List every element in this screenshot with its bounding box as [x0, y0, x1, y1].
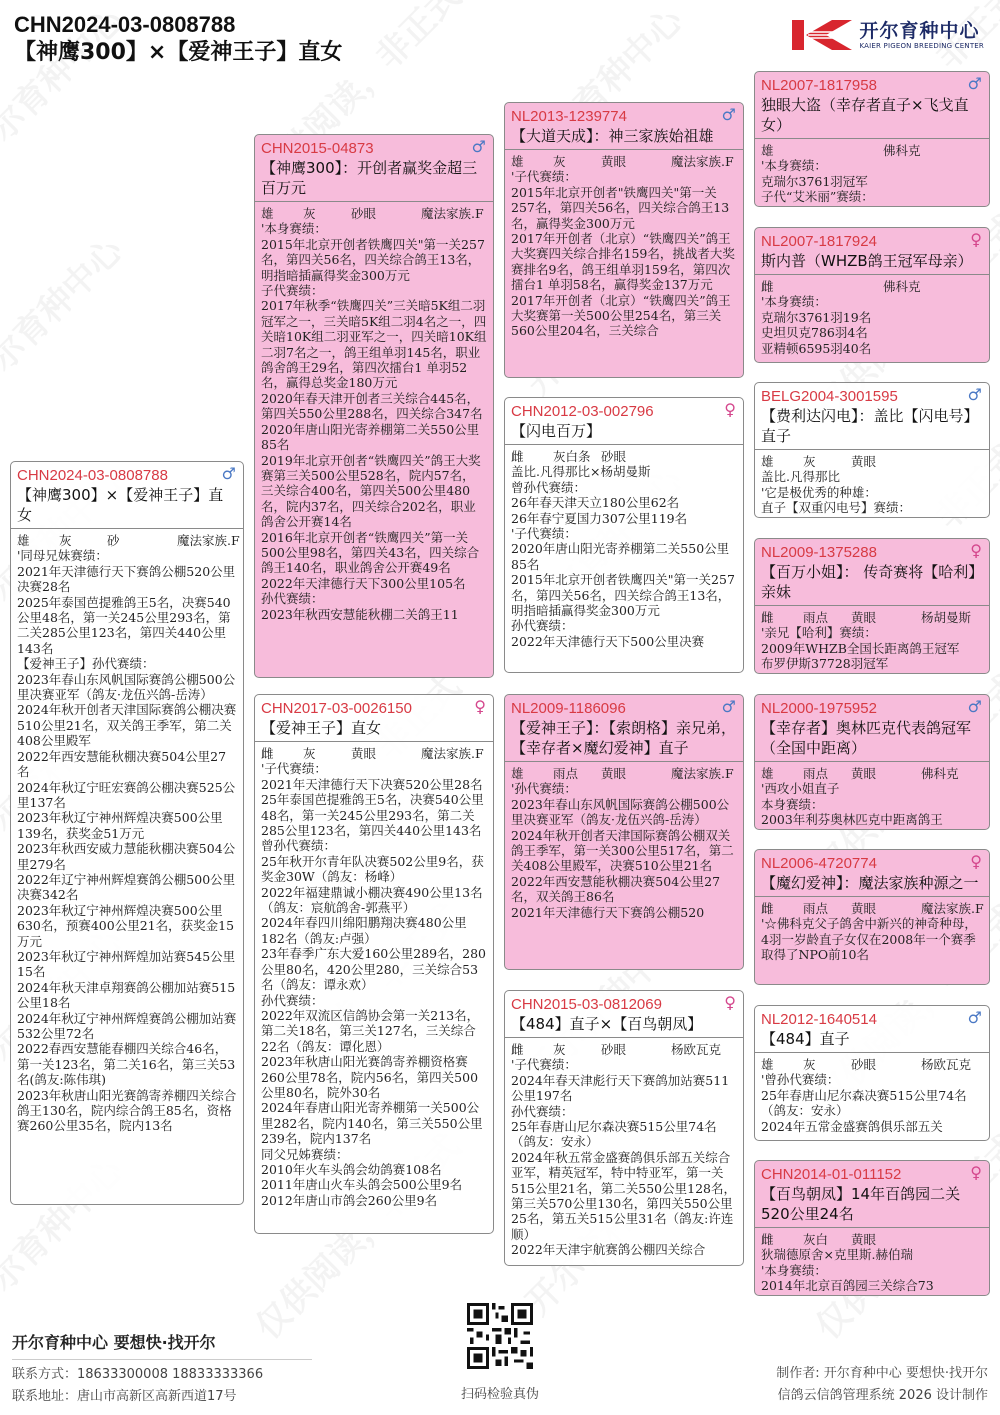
attribute: 雄 — [511, 154, 553, 169]
bird-attributes: 雄灰黄眼魔法家族.F — [511, 154, 737, 169]
record-line: 盖比.凡得那比 — [761, 469, 983, 484]
record-line: '西攻小姐直子 — [761, 781, 983, 796]
record-line: 2015年北京开创者"铁鹰四关"第一关257名，第四关56名，四关综合鸽王13名… — [511, 185, 737, 231]
card-dam[interactable]: CHN2017-03-0026150♀【爱神王子】直女雌灰黄眼魔法家族.F'子代… — [254, 694, 494, 1234]
record-line: 26年春宁夏国力307公里119名 — [511, 511, 737, 526]
bird-title: 【神鹰300】×【爱神王子】直女 — [17, 485, 237, 525]
attribute: 雄 — [761, 766, 803, 781]
card-sire-sire[interactable]: NL2013-1239774♂【大道天成】：神三家族始祖雄雄灰黄眼魔法家族.F'… — [504, 102, 744, 378]
footer-contact: 开尔育种中心 要想快·找开尔 联系方式：18633300008 18833333… — [12, 1330, 312, 1408]
bird-title: 【百万小姐】： 传奇赛将【哈利】亲妹 — [761, 562, 983, 602]
record-line: 2023年春山东风帆国际赛鸽公棚500公里决赛亚军（鸽友·龙伍兴鸽-岳涛） — [17, 672, 237, 703]
bird-title: 【魔幻爱神】：魔法家族种源之一 — [761, 873, 983, 893]
male-icon: ♂ — [968, 385, 982, 404]
attribute: 雨点 — [553, 766, 601, 781]
record-line: 史坦贝克786羽4名 — [761, 325, 983, 340]
bird-title: 【爱神王子】：【索朗格】亲兄弟，【幸存者×魔幻爱神】直子 — [511, 718, 737, 758]
record-line: 2020年唐山阳光寄养棚第二关550公里85名 — [511, 541, 737, 572]
female-icon: ♀ — [724, 993, 736, 1012]
record-line: 2024年秋开创者天津国际赛鸽公棚双关鸽王季军，第一关300公里517名，第二关… — [511, 828, 737, 874]
record-line: '本身赛绩： — [261, 221, 487, 236]
bird-attributes: 雌雨点黄眼杨胡曼斯 — [761, 610, 983, 625]
attribute: 黄眼 — [601, 154, 671, 169]
card-body: 雌灰黄眼魔法家族.F'子代赛绩：2021年天津德行天下决赛520公里28名25年… — [255, 742, 493, 1212]
card-body: 雌佛科克'本身赛绩：克瑞尔3761羽19名史坦贝克786羽4名亚精顿6595羽4… — [755, 275, 989, 360]
record-line: 布罗伊斯37728羽冠军 — [761, 656, 983, 671]
record-line: 2003年利芬奥林匹克中距离鸽王 — [761, 812, 983, 827]
attribute: 魔法家族.F — [921, 901, 990, 916]
card-header: CHN2014-01-011152♀【百鸟朝凤】14年百鸽园二关520公里24名 — [755, 1161, 989, 1228]
record-line: 子代赛绩： — [261, 283, 487, 298]
bird-attributes: 雄雨点黄眼佛科克 — [761, 766, 983, 781]
card-header: NL2012-1640514♂【484】直子 — [755, 1006, 989, 1053]
record-line: '本身赛绩： — [761, 1263, 983, 1278]
footer-phone: 联系方式：18633300008 18833333366 — [12, 1364, 312, 1386]
record-line: 2022年西安慧能秋棚决赛504公里27名，双关鸽王86名 — [511, 874, 737, 905]
record-line: 2020年唐山阳光寄养棚第二关550公里85名 — [261, 422, 487, 453]
record-line: '本身赛绩： — [761, 158, 983, 173]
record-line: 本身赛绩： — [761, 797, 983, 812]
attribute: 雌 — [261, 746, 303, 761]
ring-number: CHN2015-04873 — [261, 139, 487, 158]
record-line: '本身赛绩： — [761, 294, 983, 309]
bird-title: 【484】直子 — [761, 1029, 983, 1049]
male-icon: ♂ — [968, 1008, 982, 1027]
record-line: 2019年北京开创者“铁鹰四关”鸽王大奖赛第三关500公里528名，院内57名，… — [261, 453, 487, 530]
record-line: 2023年秋唐山阳光赛鸽寄养棚资格赛260公里78名，院内56名，第四关500公… — [261, 1054, 487, 1100]
attribute: 砂眼 — [351, 206, 421, 221]
record-line: 亚精顿6595羽40名 — [761, 341, 983, 356]
record-line: 2022年天津德行天下500公里决赛 — [511, 634, 737, 649]
attribute: 黄眼 — [851, 901, 921, 916]
record-line: 2017年秋季“铁鹰四关”三关暗5K组二羽冠军之一，三关暗5K组二羽4名之一，四… — [261, 298, 487, 390]
record-line: '子代赛绩： — [511, 526, 737, 541]
card-body: 雄灰砂眼魔法家族.F'本身赛绩：2015年北京开创者铁鹰四关"第一关257名，第… — [255, 202, 493, 626]
kaier-logo-icon — [792, 16, 854, 54]
ring-number: CHN2012-03-002796 — [511, 402, 737, 421]
male-icon: ♂ — [222, 464, 236, 483]
attribute: 雨点 — [803, 766, 851, 781]
attribute: 杨欧瓦克 — [671, 1042, 744, 1057]
record-line: 2023年春山东风帆国际赛鸽公棚500公里决赛亚军（鸽友·龙伍兴鸽-岳涛） — [511, 797, 737, 828]
card-dsd[interactable]: NL2006-4720774♀【魔幻爱神】：魔法家族种源之一雌雨点黄眼魔法家族.… — [754, 849, 990, 985]
attribute: 魔法家族.F — [421, 746, 494, 761]
record-line: 盖比.凡得那比×杨胡曼斯 — [511, 464, 737, 479]
record-line: '子代赛绩： — [511, 1057, 737, 1072]
record-line: 2024年秋五常金盛赛鸽俱乐部五关综合亚军，精英冠军，特中特亚军，第一关515公… — [511, 1150, 737, 1242]
footer-address: 联系地址：唐山市高新区高新西道17号 — [12, 1386, 312, 1408]
male-icon: ♂ — [968, 74, 982, 93]
card-dss[interactable]: NL2000-1975952♂【幸存者】奥林匹克代表鸽冠军（全国中距离）雄雨点黄… — [754, 694, 990, 830]
attribute: 灰 — [303, 206, 351, 221]
record-line: 2024年春天津彪行天下赛鸽加站赛511公里197名 — [511, 1073, 737, 1104]
attribute: 雄 — [761, 1057, 803, 1072]
record-line: 孙代赛绩： — [511, 618, 737, 633]
attribute — [803, 143, 883, 158]
record-line: 25年春唐山尼尔森决赛515公里74名（鸽友：安永） — [761, 1088, 983, 1119]
ring-number: BELG2004-3001595 — [761, 387, 983, 406]
record-line: 2014年北京百鸽园三关综合73 — [761, 1278, 983, 1293]
card-header: BELG2004-3001595♂【费利达闪电】：盖比【闪电号】直子 — [755, 383, 989, 450]
attribute: 雌 — [511, 449, 553, 464]
male-icon: ♂ — [968, 697, 982, 716]
bird-attributes: 雌雨点黄眼魔法家族.F — [761, 901, 983, 916]
record-line: 2025年泰国芭提雅鸽王5名，决赛540公里48名，第一关245公里293名，第… — [17, 595, 237, 657]
bird-title: 斯内普（WHZB鸽王冠军母亲） — [761, 251, 983, 271]
card-header: NL2007-1817958♂独眼大盗（幸存者直子×飞戈直女） — [755, 72, 989, 139]
attribute: 砂 — [107, 533, 177, 548]
male-icon: ♂ — [722, 697, 736, 716]
record-line: '亲兄【哈利】赛绩： — [761, 625, 983, 640]
attribute: 雌 — [511, 1042, 553, 1057]
record-line: 克瑞尔3761羽19名 — [761, 310, 983, 325]
bird-attributes: 雌灰砂眼杨欧瓦克 — [511, 1042, 737, 1057]
attribute: 黄眼 — [851, 610, 921, 625]
bird-title: 【484】直子×【百鸟朝凤】 — [511, 1014, 737, 1034]
record-line: 2021年天津德行天下赛鸽公棚520公里决赛28名 — [17, 564, 237, 595]
record-line: 25年秋开尔青年队决赛502公里9名，获奖金30W（鸽友：杨峰） — [261, 854, 487, 885]
female-icon: ♀ — [970, 230, 982, 249]
card-header: CHN2015-03-0812069♀【484】直子×【百鸟朝凤】 — [505, 991, 743, 1038]
record-line: 2024年秋天津卓翔赛鸽公棚加站赛515公里18名 — [17, 980, 237, 1011]
male-icon: ♂ — [722, 105, 736, 124]
card-header: NL2013-1239774♂【大道天成】：神三家族始祖雄 — [505, 103, 743, 150]
female-icon: ♀ — [724, 400, 736, 419]
attribute: 雌 — [761, 901, 803, 916]
record-line: '它是极优秀的种雄： — [761, 485, 983, 500]
page-title: 【神鹰300】×【爱神王子】直女 — [14, 38, 342, 68]
card-header: CHN2024-03-0808788♂【神鹰300】×【爱神王子】直女 — [11, 462, 243, 529]
qr-label: 扫码检验真伪 — [453, 1383, 547, 1402]
card-sdd[interactable]: NL2009-1375288♀【百万小姐】： 传奇赛将【哈利】亲妹雌雨点黄眼杨胡… — [754, 538, 990, 674]
verify-qr[interactable]: 扫码检验真伪 — [467, 1303, 533, 1402]
record-line: 【爱神王子】孙代赛绩： — [17, 656, 237, 671]
ring-number: NL2012-1640514 — [761, 1010, 983, 1029]
bird-title: 【百鸟朝凤】14年百鸽园二关520公里24名 — [761, 1184, 983, 1224]
bird-title: 独眼大盗（幸存者直子×飞戈直女） — [761, 95, 983, 135]
record-line: 2022年天津德行天下300公里105名 — [261, 576, 487, 591]
footer-credits: 制作者: 开尔育种中心 要想快·找开尔 信鸽云信鸽管理系统 2026 设计制作 — [776, 1363, 988, 1407]
record-line: 2023年秋西安慧能秋棚二关鸽王11 — [261, 607, 487, 622]
bird-attributes: 雌灰白条砂眼 — [511, 449, 737, 464]
bird-title: 【大道天成】：神三家族始祖雄 — [511, 126, 737, 146]
female-icon: ♀ — [474, 697, 486, 716]
card-header: CHN2017-03-0026150♀【爱神王子】直女 — [255, 695, 493, 742]
record-line: 2024年秋辽宁旺宏赛鸽公棚决赛525公里137名 — [17, 780, 237, 811]
record-line: 2024年春四川绵阳鹏翔决赛480公里182名（鸽友:卢强） — [261, 915, 487, 946]
card-header: NL2009-1186096♂【爱神王子】：【索朗格】亲兄弟，【幸存者×魔幻爱神… — [505, 695, 743, 762]
attribute: 魔法家族.F — [671, 154, 744, 169]
attribute: 灰白 — [803, 1232, 851, 1247]
female-icon: ♀ — [970, 852, 982, 871]
qr-code-icon[interactable] — [467, 1303, 533, 1369]
record-line: 2023年秋唐山阳光赛鸽寄养棚四关综合鸽王130名，院内综合鸽王85名，资格赛2… — [17, 1088, 237, 1134]
card-body: 雌灰白条砂眼盖比.凡得那比×杨胡曼斯曾孙代赛绩：26年春天津天立180公里62名… — [505, 445, 743, 653]
record-line: 狄瑞德原舍×克里斯.赫伯瑞 — [761, 1247, 983, 1262]
record-line: '曾孙代赛绩： — [761, 1072, 983, 1087]
attribute: 黄眼 — [851, 454, 921, 469]
card-sire-dam[interactable]: CHN2012-03-002796♀【闪电百万】雌灰白条砂眼盖比.凡得那比×杨胡… — [504, 397, 744, 673]
record-line: 2009年WHZB全国长距离鸽王冠军 — [761, 641, 983, 656]
attribute: 灰 — [303, 746, 351, 761]
attribute: 黄眼 — [601, 766, 671, 781]
record-line: 2015年北京开创者铁鹰四关"第一关257名，第四关56名，四关综合鸽王13名，… — [511, 572, 737, 618]
bird-attributes: 雌灰黄眼魔法家族.F — [261, 746, 487, 761]
attribute: 砂眼 — [851, 1057, 921, 1072]
ring-number: NL2007-1817958 — [761, 76, 983, 95]
card-body: 雌灰砂眼杨欧瓦克'子代赛绩：2024年春天津彪行天下赛鸽加站赛511公里197名… — [505, 1038, 743, 1262]
attribute: 灰 — [803, 454, 851, 469]
card-body: 雄灰黄眼魔法家族.F'子代赛绩：2015年北京开创者"铁鹰四关"第一关257名，… — [505, 150, 743, 343]
bird-attributes: 雄灰砂眼魔法家族.F — [261, 206, 487, 221]
card-header: NL2006-4720774♀【魔幻爱神】：魔法家族种源之一 — [755, 850, 989, 897]
record-line: 2010年火车头鸽会幼鸽赛108名 — [261, 1162, 487, 1177]
attribute: 雄 — [761, 143, 803, 158]
footer-slogan: 开尔育种中心 要想快·找开尔 — [12, 1330, 312, 1360]
card-dds[interactable]: NL2012-1640514♂【484】直子雄灰砂眼杨欧瓦克'曾孙代赛绩：25年… — [754, 1005, 990, 1141]
record-line: 2016年北京开创者“铁鹰四关”第一关500公里98名，第四关43名，四关综合鸽… — [261, 530, 487, 576]
ring-number: CHN2017-03-0026150 — [261, 699, 487, 718]
card-ddd[interactable]: CHN2014-01-011152♀【百鸟朝凤】14年百鸽园二关520公里24名… — [754, 1160, 990, 1296]
bird-title: 【神鹰300】：开创者赢奖金超三百万元 — [261, 158, 487, 198]
attribute: 黄眼 — [851, 1232, 921, 1247]
watermark-text: 开尔育种中心 — [0, 225, 131, 404]
card-ssd[interactable]: NL2007-1817924♀斯内普（WHZB鸽王冠军母亲）雌佛科克'本身赛绩：… — [754, 227, 990, 363]
record-line: 2022年西安慧能秋棚决赛504公里27名 — [17, 749, 237, 780]
record-line: 2023年秋辽宁神州辉煌决赛500公里630名，预赛400公里21名，获奖金15… — [17, 903, 237, 949]
record-line: 克瑞尔3761羽冠军 — [761, 174, 983, 189]
record-line: '子代赛绩： — [511, 169, 737, 184]
attribute: 雌 — [761, 279, 803, 294]
page-ring-number: CHN2024-03-0808788 — [14, 12, 342, 38]
card-body: 雄灰砂眼杨欧瓦克'曾孙代赛绩：25年春唐山尼尔森决赛515公里74名（鸽友：安永… — [755, 1053, 989, 1138]
record-line: 曾孙代赛绩： — [261, 838, 487, 853]
record-line: 25年泰国芭提雅鸽王5名，决赛540公里48名，第一关245公里293名，第二关… — [261, 792, 487, 838]
attribute: 雄 — [261, 206, 303, 221]
card-sds[interactable]: BELG2004-3001595♂【费利达闪电】：盖比【闪电号】直子雄灰黄眼盖比… — [754, 382, 990, 518]
record-line: 2022年福建鼎诚小棚决赛490公里13名（鸽友：宸航鸽舍-郭燕平） — [261, 885, 487, 916]
record-line: 2022年辽宁神州辉煌赛鸽公棚500公里决赛342名 — [17, 872, 237, 903]
card-sss[interactable]: NL2007-1817958♂独眼大盗（幸存者直子×飞戈直女）雄佛科克'本身赛绩… — [754, 71, 990, 207]
record-line: 直子【双重闪电号】赛绩： — [761, 500, 983, 515]
attribute: 黄眼 — [851, 766, 921, 781]
record-line: 2017年开创者（北京）“铁鹰四关”鸽王大奖赛第一关500公里254名，第三关5… — [511, 293, 737, 339]
attribute: 雌 — [761, 1232, 803, 1247]
record-line: 2017年开创者（北京）“铁鹰四关”鸽王大奖赛四关综合排名159名，挑战者大奖赛… — [511, 231, 737, 293]
brand-logo: 开尔育种中心 KAIER PIGEON BREEDING CENTER — [792, 16, 985, 54]
ring-number: NL2013-1239774 — [511, 107, 737, 126]
record-line: 2022年天津宇航赛鸽公棚四关综合 — [511, 1242, 737, 1257]
ring-number: CHN2015-03-0812069 — [511, 995, 737, 1014]
card-header: CHN2015-04873♂【神鹰300】：开创者赢奖金超三百万元 — [255, 135, 493, 202]
record-line: 2022年双流区信鸽协会第一关213名，第二关18名，第三关127名，三关综合2… — [261, 1008, 487, 1054]
attribute: 灰 — [59, 533, 107, 548]
card-body: 雄雨点黄眼佛科克'西攻小姐直子本身赛绩：2003年利芬奥林匹克中距离鸽王 — [755, 762, 989, 830]
record-line: 2021年天津德行天下赛鸽公棚520 — [511, 905, 737, 920]
attribute: 雄 — [511, 766, 553, 781]
bird-attributes: 雄佛科克 — [761, 143, 983, 158]
attribute: 灰 — [553, 154, 601, 169]
attribute: 砂眼 — [601, 449, 671, 464]
bird-attributes: 雄灰黄眼 — [761, 454, 983, 469]
bird-title: 【幸存者】奥林匹克代表鸽冠军（全国中距离） — [761, 718, 983, 758]
bird-attributes: 雄灰砂魔法家族.F — [17, 533, 237, 548]
attribute — [803, 279, 883, 294]
ring-number: CHN2024-03-0808788 — [17, 466, 237, 485]
record-line: 2024年春唐山阳光寄养棚第一关500公里282名，院内140名，第三关550公… — [261, 1100, 487, 1146]
attribute: 杨胡曼斯 — [921, 610, 990, 625]
record-line: '☆佛科克父子鸽舍中新兴的神奇种母， 4羽一岁龄直子女仅在2008年一个赛季取得… — [761, 916, 983, 962]
card-body: 雌雨点黄眼魔法家族.F'☆佛科克父子鸽舍中新兴的神奇种母， 4羽一岁龄直子女仅在… — [755, 897, 989, 967]
attribute: 佛科克 — [921, 766, 990, 781]
record-line: 孙代赛绩： — [261, 591, 487, 606]
card-body: 雌灰白黄眼狄瑞德原舍×克里斯.赫伯瑞'本身赛绩：2014年北京百鸽园三关综合73 — [755, 1228, 989, 1296]
attribute: 灰 — [553, 1042, 601, 1057]
record-line: 2024年秋辽宁神州辉煌赛鸽公棚加站赛532公里72名 — [17, 1011, 237, 1042]
card-body: 雄灰黄眼盖比.凡得那比'它是极优秀的种雄：直子【双重闪电号】赛绩： — [755, 450, 989, 518]
ring-number: NL2007-1817924 — [761, 232, 983, 251]
record-line: 2015年北京开创者铁鹰四关"第一关257名，第四关56名，四关综合鸽王13名，… — [261, 237, 487, 283]
ring-number: NL2009-1186096 — [511, 699, 737, 718]
ring-number: NL2006-4720774 — [761, 854, 983, 873]
record-line: 2023年秋辽宁神州辉煌加站赛545公里15名 — [17, 949, 237, 980]
attribute: 黄眼 — [351, 746, 421, 761]
record-line: 同父兄姊赛绩： — [261, 1147, 487, 1162]
record-line: 子代“艾米丽”赛绩： — [761, 189, 983, 204]
card-body: 雄灰砂魔法家族.F'同母兄妹赛绩：2021年天津德行天下赛鸽公棚520公里决赛2… — [11, 529, 243, 1138]
record-line: 2022春西安慧能春棚四关综合46名，第一关123名，第二关16名，第三关53名… — [17, 1041, 237, 1087]
attribute: 雨点 — [803, 610, 851, 625]
attribute: 雌 — [761, 610, 803, 625]
ring-number: CHN2014-01-011152 — [761, 1165, 983, 1184]
record-line: 2023年秋西安威力慧能秋棚决赛504公里279名 — [17, 841, 237, 872]
attribute: 砂眼 — [601, 1042, 671, 1057]
card-dam-sire[interactable]: NL2009-1186096♂【爱神王子】：【索朗格】亲兄弟，【幸存者×魔幻爱神… — [504, 694, 744, 970]
card-body: 雄佛科克'本身赛绩：克瑞尔3761羽冠军子代“艾米丽”赛绩： — [755, 139, 989, 207]
attribute: 魔法家族.F — [671, 766, 744, 781]
footer-system: 信鸽云信鸽管理系统 2026 设计制作 — [776, 1385, 988, 1407]
bird-attributes: 雄灰砂眼杨欧瓦克 — [761, 1057, 983, 1072]
card-header: NL2009-1375288♀【百万小姐】： 传奇赛将【哈利】亲妹 — [755, 539, 989, 606]
card-dam-dam[interactable]: CHN2015-03-0812069♀【484】直子×【百鸟朝凤】雌灰砂眼杨欧瓦… — [504, 990, 744, 1266]
bird-title: 【闪电百万】 — [511, 421, 737, 441]
ring-number: NL2009-1375288 — [761, 543, 983, 562]
female-icon: ♀ — [970, 541, 982, 560]
bird-title: 【费利达闪电】：盖比【闪电号】直子 — [761, 406, 983, 446]
attribute: 佛科克 — [883, 143, 953, 158]
record-line: 25年春唐山尼尔森决赛515公里74名（鸽友：安永） — [511, 1119, 737, 1150]
bird-attributes: 雄雨点黄眼魔法家族.F — [511, 766, 737, 781]
male-icon: ♂ — [472, 137, 486, 156]
attribute: 灰白条 — [553, 449, 601, 464]
record-line: 2021年天津德行天下决赛520公里28名 — [261, 777, 487, 792]
bird-attributes: 雌佛科克 — [761, 279, 983, 294]
record-line: 2011年唐山火车头鸽会500公里9名 — [261, 1177, 487, 1192]
card-header: CHN2012-03-002796♀【闪电百万】 — [505, 398, 743, 445]
record-line: 2020年春天津开创者三关综合445名，第四关550公里288名，四关综合347… — [261, 391, 487, 422]
record-line: '同母兄妹赛绩： — [17, 548, 237, 563]
record-line: 2024年秋开创者天津国际赛鸽公棚决赛510公里21名，双关鸽王季军，第二关40… — [17, 702, 237, 748]
attribute: 杨欧瓦克 — [921, 1057, 990, 1072]
record-line: 孙代赛绩： — [511, 1104, 737, 1119]
record-line: 2012年唐山市鸽会260公里9名 — [261, 1193, 487, 1208]
record-line: '子代赛绩： — [261, 761, 487, 776]
bird-attributes: 雌灰白黄眼 — [761, 1232, 983, 1247]
logo-en-text: KAIER PIGEON BREEDING CENTER — [860, 42, 985, 50]
record-line: 26年春天津天立180公里62名 — [511, 495, 737, 510]
attribute: 灰 — [803, 1057, 851, 1072]
card-sire[interactable]: CHN2015-04873♂【神鹰300】：开创者赢奖金超三百万元雄灰砂眼魔法家… — [254, 134, 494, 678]
record-line: 孙代赛绩： — [261, 993, 487, 1008]
logo-cn-text: 开尔育种中心 — [860, 20, 985, 42]
card-body: 雄雨点黄眼魔法家族.F'孙代赛绩：2023年春山东风帆国际赛鸽公棚500公里决赛… — [505, 762, 743, 924]
card-subject[interactable]: CHN2024-03-0808788♂【神鹰300】×【爱神王子】直女雄灰砂魔法… — [10, 461, 244, 1205]
footer-maker: 制作者: 开尔育种中心 要想快·找开尔 — [776, 1363, 988, 1385]
ring-number: NL2000-1975952 — [761, 699, 983, 718]
attribute: 雄 — [17, 533, 59, 548]
record-line: 曾孙代赛绩： — [511, 480, 737, 495]
attribute: 魔法家族.F — [177, 533, 244, 548]
card-header: NL2000-1975952♂【幸存者】奥林匹克代表鸽冠军（全国中距离） — [755, 695, 989, 762]
attribute: 雨点 — [803, 901, 851, 916]
attribute: 雄 — [761, 454, 803, 469]
page-header: CHN2024-03-0808788 【神鹰300】×【爱神王子】直女 — [14, 12, 342, 68]
record-line: 2024年五常金盛赛鸽俱乐部五关 — [761, 1119, 983, 1134]
record-line: '孙代赛绩： — [511, 781, 737, 796]
record-line: 23年春季广东大爱160公里289名，280公里80名，420公里280，三关综… — [261, 946, 487, 992]
attribute: 佛科克 — [883, 279, 953, 294]
attribute: 魔法家族.F — [421, 206, 494, 221]
record-line: 2023年秋辽宁神州辉煌决赛500公里139名，获奖金51万元 — [17, 810, 237, 841]
female-icon: ♀ — [970, 1163, 982, 1182]
card-body: 雌雨点黄眼杨胡曼斯'亲兄【哈利】赛绩：2009年WHZB全国长距离鸽王冠军布罗伊… — [755, 606, 989, 674]
bird-title: 【爱神王子】直女 — [261, 718, 487, 738]
card-header: NL2007-1817924♀斯内普（WHZB鸽王冠军母亲） — [755, 228, 989, 275]
